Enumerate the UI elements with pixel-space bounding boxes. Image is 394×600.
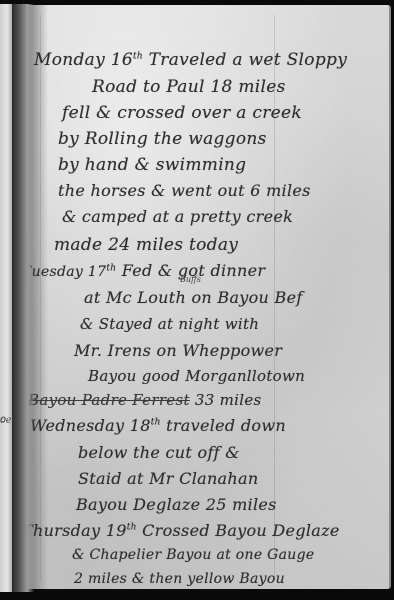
ordinal-suffix: th: [133, 51, 143, 61]
day-label: Thursday 19: [22, 521, 127, 540]
ordinal-suffix: th: [106, 263, 116, 273]
line-text: Traveled a wet Sloppy: [143, 50, 347, 70]
journal-line: Mr. Irens on Wheppower: [74, 341, 282, 360]
margin-rule: [40, 15, 41, 579]
journal-line: the horses & went out 6 miles: [58, 181, 311, 200]
journal-line: by Rolling the waggons: [58, 129, 267, 149]
day-label: Wednesday 18: [30, 416, 151, 435]
journal-line: Thursday 19th Crossed Bayou Deglaze: [22, 521, 340, 540]
journal-line: Bayou good Morganllotown: [88, 367, 305, 385]
insertion-note: Buffs: [180, 275, 201, 284]
journal-line: Tuesday 17th Fed & got dinner: [22, 261, 265, 280]
struck-text: Bayou Padre Ferrest: [28, 391, 190, 409]
ordinal-suffix: th: [127, 523, 137, 533]
journal-line: Road to Paul 18 miles: [92, 77, 286, 97]
journal-line: Staid at Mr Clanahan: [78, 469, 258, 488]
journal-line: 2 miles & then yellow Bayou: [74, 571, 285, 587]
book-gutter-shadow: [12, 4, 34, 592]
journal-line: below the cut off &: [78, 443, 240, 462]
journal-line: made 24 miles today: [54, 235, 238, 255]
journal-line: Bayou Deglaze 25 miles: [76, 495, 277, 514]
scanned-journal-page: o ce Monday 16th Traveled a wet Sloppy R…: [0, 0, 394, 600]
ordinal-suffix: th: [151, 418, 161, 428]
journal-line: fell & crossed over a creek: [62, 103, 302, 123]
day-label: Monday 16: [34, 50, 133, 70]
journal-line: Monday 16th Traveled a wet Sloppy: [34, 50, 347, 70]
line-text: traveled down: [161, 416, 286, 435]
journal-line: & Chapelier Bayou at one Gauge: [72, 547, 314, 563]
journal-line: & camped at a pretty creek: [62, 207, 293, 226]
day-label: Tuesday 17: [22, 264, 106, 280]
journal-line: & Stayed at night with: [80, 315, 259, 333]
journal-line: by hand & swimming: [58, 155, 246, 175]
journal-page: Monday 16th Traveled a wet Sloppy Road t…: [14, 5, 391, 589]
journal-line: Wednesday 18th traveled down: [30, 416, 286, 435]
journal-line: Bayou Padre Ferrest 33 miles: [28, 391, 262, 409]
line-text: Crossed Bayou Deglaze: [137, 521, 340, 540]
line-text: 33 miles: [190, 391, 262, 409]
journal-line: at Mc Louth on Bayou Bef: [84, 288, 303, 307]
